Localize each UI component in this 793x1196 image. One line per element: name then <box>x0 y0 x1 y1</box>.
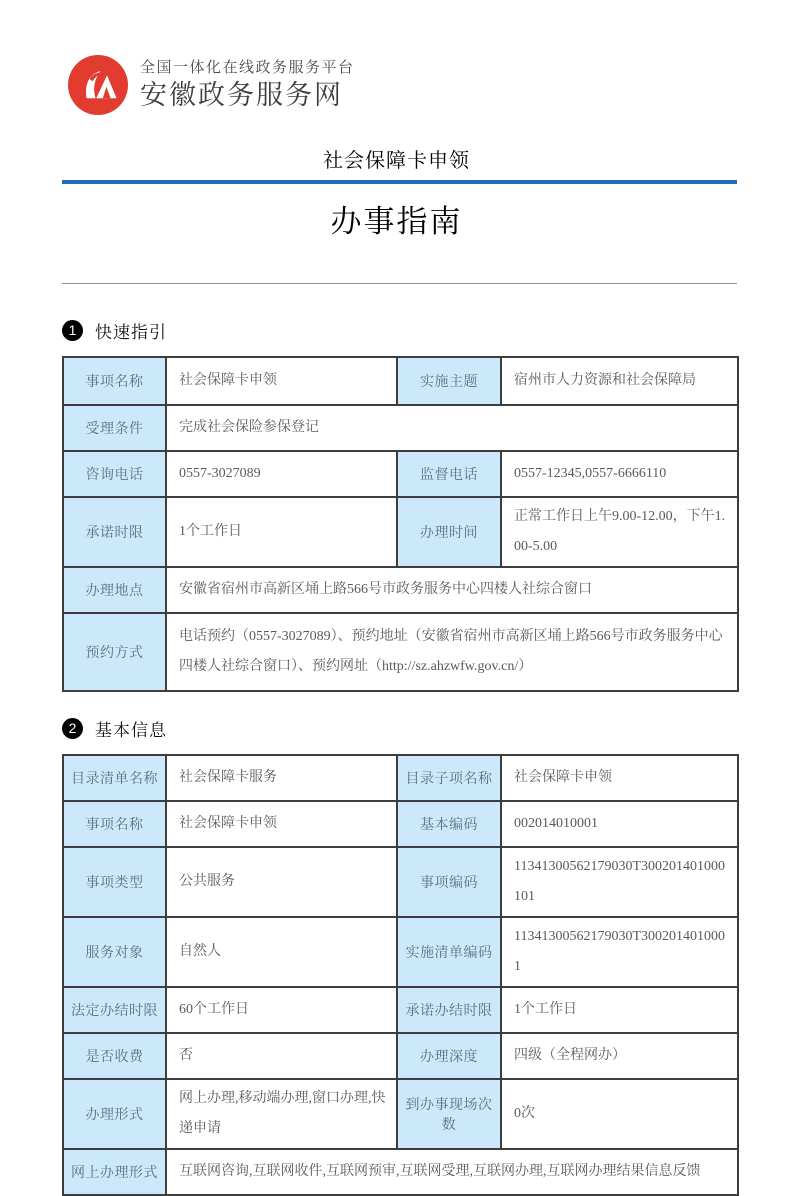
row-value: 1个工作日 <box>501 987 738 1033</box>
row-value: 自然人 <box>166 917 397 987</box>
row-value: 正常工作日上午9.00-12.00，下午1.00-5.00 <box>501 497 738 567</box>
row-label: 到办事现场次数 <box>397 1079 501 1149</box>
row-value: 社会保障卡申领 <box>166 801 397 847</box>
section-header-basic-info: 2 基本信息 <box>62 716 793 741</box>
table-row: 办理地点 安徽省宿州市高新区埇上路566号市政务服务中心四楼人社综合窗口 <box>63 567 738 613</box>
page-title: 办事指南 <box>0 196 793 241</box>
section-title: 快速指引 <box>95 318 167 343</box>
row-value: 网上办理,移动端办理,窗口办理,快递申请 <box>166 1079 397 1149</box>
thin-divider <box>62 283 737 284</box>
row-label: 咨询电话 <box>63 451 166 497</box>
row-value: 社会保障卡申领 <box>501 755 738 801</box>
table-row: 目录清单名称 社会保障卡服务 目录子项名称 社会保障卡申领 <box>63 755 738 801</box>
section-number-badge: 1 <box>62 320 83 341</box>
table-row: 事项名称 社会保障卡申领 实施主题 宿州市人力资源和社会保障局 <box>63 357 738 405</box>
brand-site-name: 安徽政务服务网 <box>140 78 355 112</box>
table-row: 受理条件 完成社会保险参保登记 <box>63 405 738 451</box>
row-label: 承诺办结时限 <box>397 987 501 1033</box>
blue-divider <box>62 180 737 184</box>
row-value: 0次 <box>501 1079 738 1149</box>
row-label: 办理时间 <box>397 497 501 567</box>
row-label: 办理深度 <box>397 1033 501 1079</box>
section-header-quick-guide: 1 快速指引 <box>62 318 793 343</box>
row-label: 实施清单编码 <box>397 917 501 987</box>
table-row: 咨询电话 0557-3027089 监督电话 0557-12345,0557-6… <box>63 451 738 497</box>
row-label: 办理地点 <box>63 567 166 613</box>
table-row: 服务对象 自然人 实施清单编码 11341300562179030T300201… <box>63 917 738 987</box>
table-row: 承诺时限 1个工作日 办理时间 正常工作日上午9.00-12.00，下午1.00… <box>63 497 738 567</box>
row-label: 预约方式 <box>63 613 166 691</box>
brand-text: 全国一体化在线政务服务平台 安徽政务服务网 <box>140 58 355 112</box>
row-value: 0557-12345,0557-6666110 <box>501 451 738 497</box>
service-title: 社会保障卡申领 <box>0 144 793 173</box>
row-value: 11341300562179030T300201401000101 <box>501 847 738 917</box>
row-label: 办理形式 <box>63 1079 166 1149</box>
row-label: 承诺时限 <box>63 497 166 567</box>
section-number-badge: 2 <box>62 718 83 739</box>
row-label: 目录清单名称 <box>63 755 166 801</box>
row-label: 事项编码 <box>397 847 501 917</box>
row-label: 网上办理形式 <box>63 1149 166 1195</box>
row-value: 002014010001 <box>501 801 738 847</box>
row-value: 60个工作日 <box>166 987 397 1033</box>
table-row: 网上办理形式 互联网咨询,互联网收件,互联网预审,互联网受理,互联网办理,互联网… <box>63 1149 738 1195</box>
row-label: 监督电话 <box>397 451 501 497</box>
table-row: 法定办结时限 60个工作日 承诺办结时限 1个工作日 <box>63 987 738 1033</box>
table-row: 预约方式 电话预约（0557-3027089）、预约地址（安徽省宿州市高新区埇上… <box>63 613 738 691</box>
table-row: 事项类型 公共服务 事项编码 11341300562179030T3002014… <box>63 847 738 917</box>
row-value: 否 <box>166 1033 397 1079</box>
row-label: 目录子项名称 <box>397 755 501 801</box>
row-label: 事项名称 <box>63 801 166 847</box>
row-value: 社会保障卡服务 <box>166 755 397 801</box>
row-value: 安徽省宿州市高新区埇上路566号市政务服务中心四楼人社综合窗口 <box>166 567 738 613</box>
row-value: 互联网咨询,互联网收件,互联网预审,互联网受理,互联网办理,互联网办理结果信息反… <box>166 1149 738 1195</box>
site-brand: 全国一体化在线政务服务平台 安徽政务服务网 <box>68 52 793 118</box>
table-row: 办理形式 网上办理,移动端办理,窗口办理,快递申请 到办事现场次数 0次 <box>63 1079 738 1149</box>
row-value: 公共服务 <box>166 847 397 917</box>
table-row: 是否收费 否 办理深度 四级（全程网办） <box>63 1033 738 1079</box>
row-label: 基本编码 <box>397 801 501 847</box>
brand-tagline: 全国一体化在线政务服务平台 <box>140 58 355 78</box>
row-value: 1个工作日 <box>166 497 397 567</box>
row-label: 受理条件 <box>63 405 166 451</box>
row-value: 四级（全程网办） <box>501 1033 738 1079</box>
row-label: 是否收费 <box>63 1033 166 1079</box>
row-value: 11341300562179030T3002014010001 <box>501 917 738 987</box>
table-row: 事项名称 社会保障卡申领 基本编码 002014010001 <box>63 801 738 847</box>
basic-info-table: 目录清单名称 社会保障卡服务 目录子项名称 社会保障卡申领 事项名称 社会保障卡… <box>62 754 739 1196</box>
row-label: 实施主题 <box>397 357 501 405</box>
row-value: 宿州市人力资源和社会保障局 <box>501 357 738 405</box>
row-value: 电话预约（0557-3027089）、预约地址（安徽省宿州市高新区埇上路566号… <box>166 613 738 691</box>
row-label: 事项类型 <box>63 847 166 917</box>
section-title: 基本信息 <box>95 716 167 741</box>
anhui-gov-emblem-icon <box>68 55 128 115</box>
row-label: 服务对象 <box>63 917 166 987</box>
row-label: 事项名称 <box>63 357 166 405</box>
quick-guide-table: 事项名称 社会保障卡申领 实施主题 宿州市人力资源和社会保障局 受理条件 完成社… <box>62 356 739 692</box>
row-label: 法定办结时限 <box>63 987 166 1033</box>
row-value: 0557-3027089 <box>166 451 397 497</box>
row-value: 社会保障卡申领 <box>166 357 397 405</box>
row-value: 完成社会保险参保登记 <box>166 405 738 451</box>
page: 全国一体化在线政务服务平台 安徽政务服务网 社会保障卡申领 办事指南 1 快速指… <box>0 52 793 1196</box>
